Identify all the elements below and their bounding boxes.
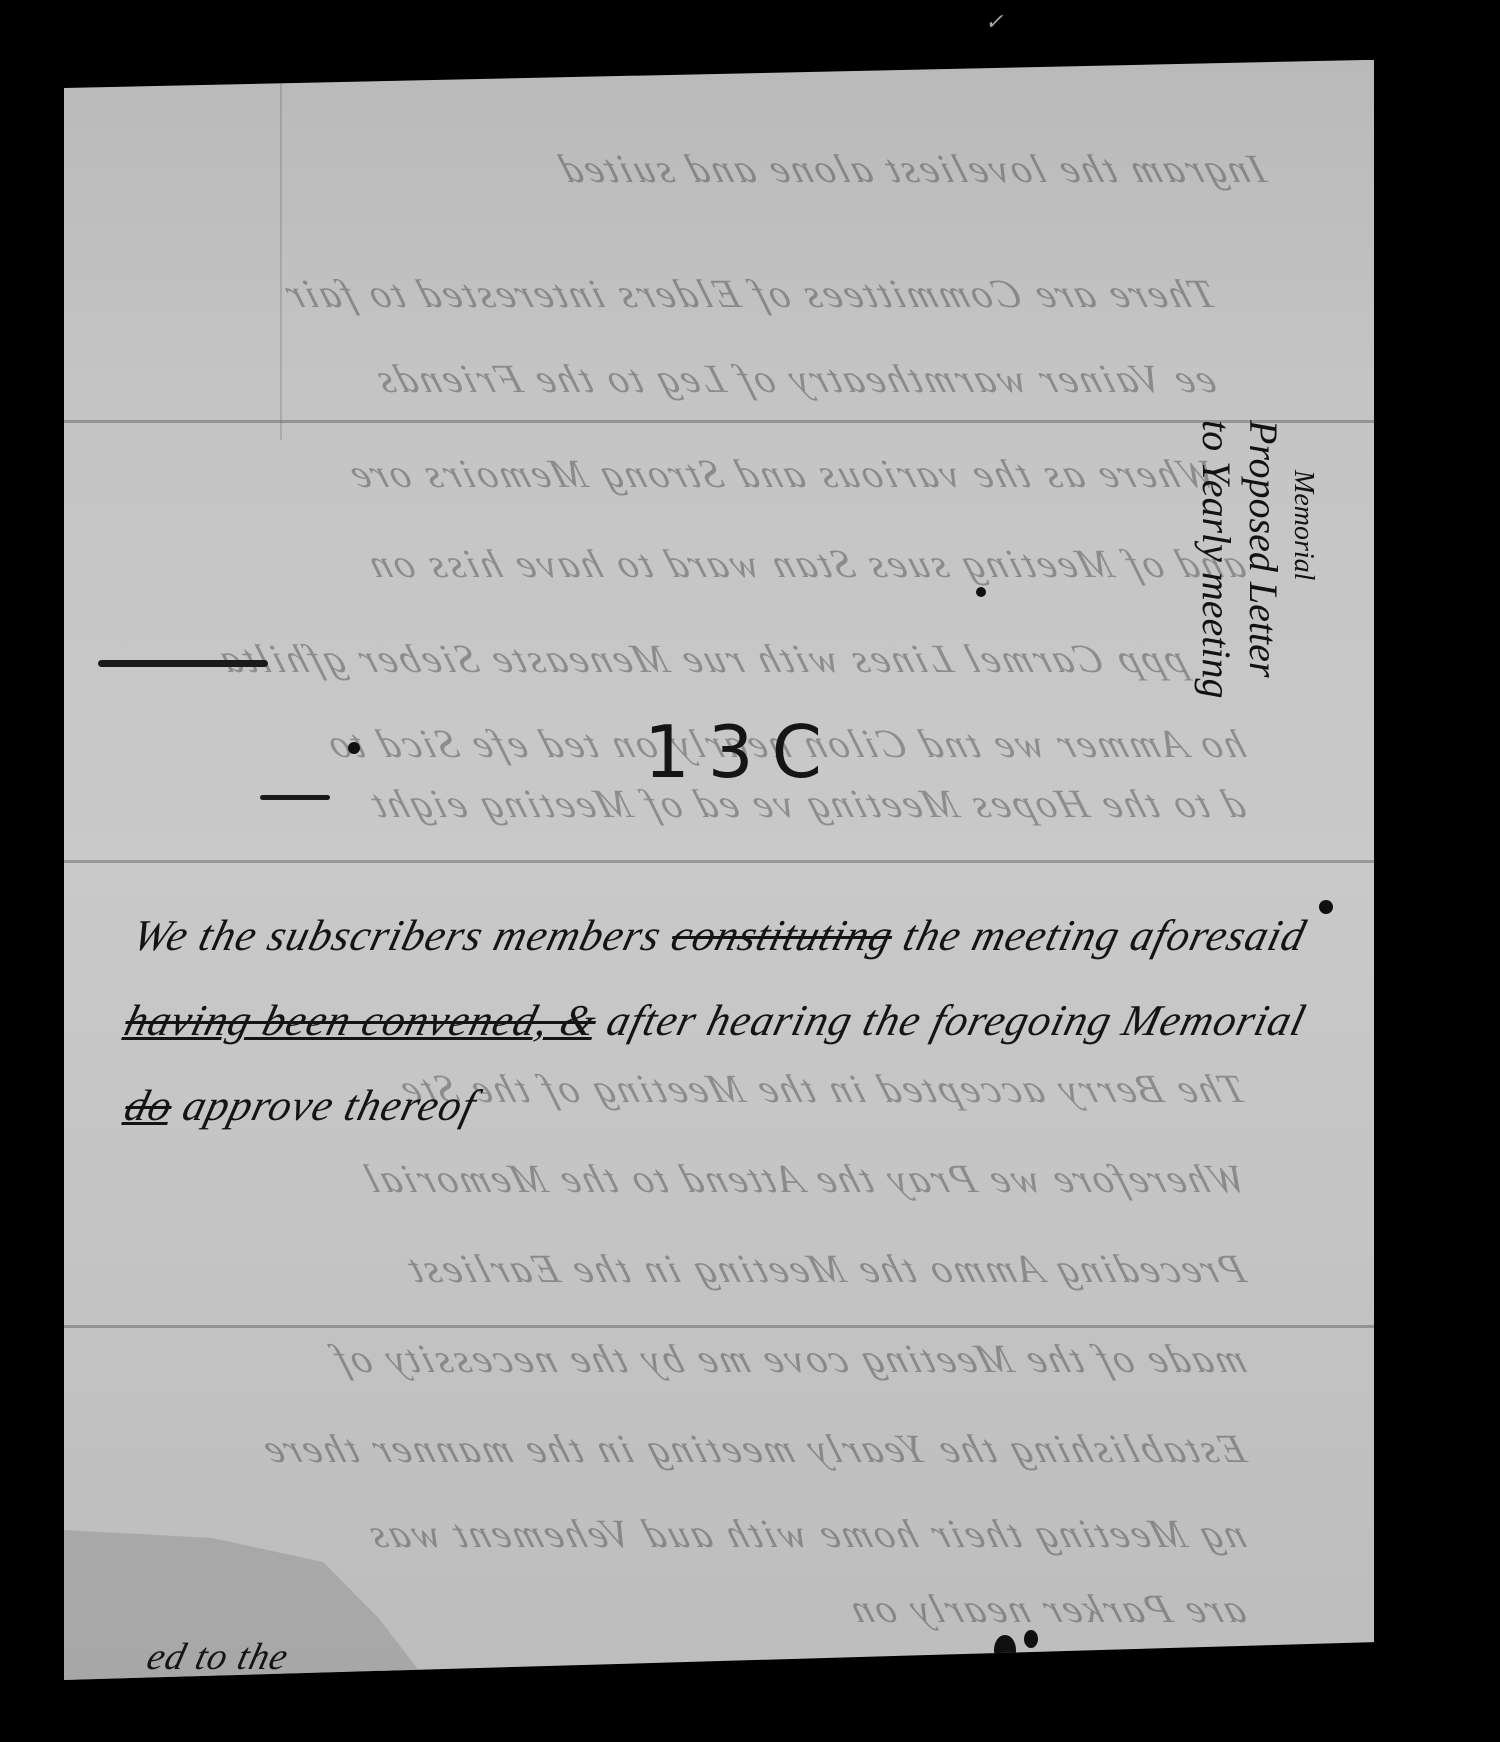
ink-blot — [1024, 1630, 1038, 1648]
fold-line-middle — [64, 860, 1374, 863]
text-line-2-end: after hearing the foregoing Memorial — [590, 996, 1311, 1045]
bleed-through-line: made of the Meeting cove me by the neces… — [326, 1335, 1252, 1382]
page-number: 13C — [644, 710, 840, 794]
strikethrough-mark-small — [260, 795, 330, 800]
bleed-through-line: Ingram the loveliest alone and suited — [551, 145, 1272, 192]
marginal-note-superscript: Memorial — [1287, 470, 1319, 699]
bleed-through-line: Where as the various and Strong Memoirs … — [341, 450, 1222, 497]
bleed-through-line: and of Meeting sues Stan ward to have hi… — [360, 540, 1252, 587]
text-line-1-start: We the subscribers members — [128, 911, 679, 960]
marginal-note-line-2: to Yearly meeting — [1194, 420, 1239, 699]
text-line-1-end: the meeting aforesaid — [886, 911, 1311, 960]
bottom-left-fragment: ed to the — [143, 1635, 294, 1679]
text-line-3-end: approve thereof — [166, 1081, 482, 1130]
manuscript-paper: Ingram the loveliest alone and suited Th… — [64, 60, 1374, 1680]
bleed-through-line: There are Committees of Elders intereste… — [276, 270, 1222, 317]
text-line-2: having been convened, & after hearing th… — [120, 995, 1312, 1046]
ink-blot — [994, 1635, 1016, 1665]
bleed-through-line: ppp Carmel Lines with rue Meneaste Siebe… — [211, 635, 1192, 682]
strikethrough-mark-left — [98, 660, 268, 667]
top-corner-mark: ✓ — [985, 10, 1003, 35]
scanned-page: ✓ Ingram the loveliest alone and suited … — [0, 0, 1500, 1742]
fold-line-vertical — [280, 60, 282, 440]
fold-line-upper — [64, 420, 1374, 423]
text-line-1: We the subscribers members constituting … — [128, 910, 1312, 961]
bleed-through-line: Establishing the Yearly meeting in the m… — [254, 1425, 1251, 1472]
fold-line-lower — [64, 1325, 1374, 1328]
bleed-through-line: Wherefore we Pray the Attend to the Memo… — [356, 1155, 1252, 1202]
bleed-through-line: Preceding Ammo the Meeting in the Earlie… — [399, 1245, 1251, 1292]
ink-dot — [976, 587, 986, 597]
ink-dot — [348, 742, 360, 754]
bleed-through-line: ee Vainer warmtheatry of Leg to the Frie… — [367, 355, 1221, 402]
bleed-through-line: ng Meeting their home with aud Vehement … — [360, 1510, 1252, 1557]
marginal-note: Memorial Proposed Letter to Yearly meeti… — [1193, 420, 1319, 699]
struck-phrase-having-been-convened: having been convened, & — [120, 996, 602, 1045]
marginal-note-line-1: Proposed Letter — [1241, 420, 1286, 677]
struck-word-constituting: constituting — [667, 911, 899, 960]
ink-dot — [1319, 900, 1333, 914]
bleed-through-line: The Berry accepted in the Meeting of the… — [391, 1065, 1251, 1112]
text-line-3: do approve thereof — [120, 1080, 482, 1131]
bleed-through-line: are Parker nearly on — [841, 1585, 1251, 1632]
